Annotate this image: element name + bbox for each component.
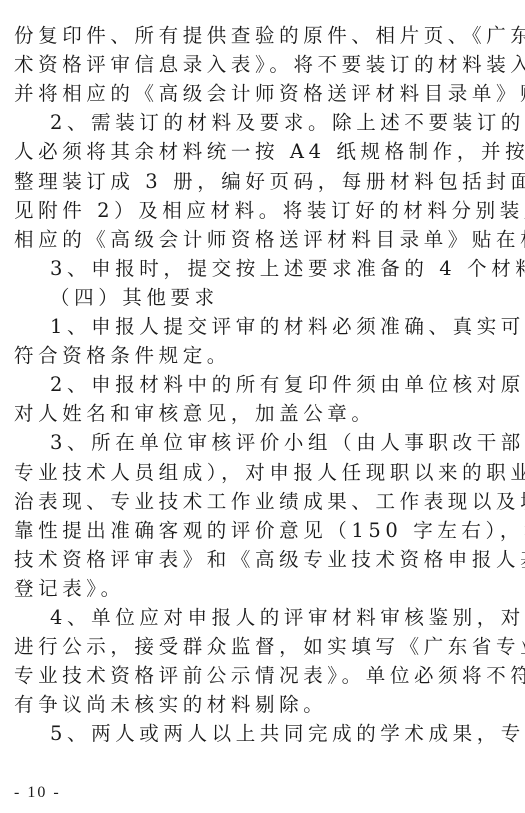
text-line: 4、单位应对申报人的评审材料审核鉴别，对申报评审材料	[50, 603, 510, 632]
text-line: 份复印件、所有提供查验的原件、相片页、《广东省申报专业技	[14, 21, 510, 50]
section-heading: （四）其他要求	[50, 283, 219, 312]
text-line: 2、需装订的材料及要求。除上述不要装订的材料外，申报	[50, 108, 510, 137]
text-line: 有争议尚未核实的材料剔除。	[14, 690, 510, 719]
text-line: 2、申报材料中的所有复印件须由单位核对原件，并签署核	[50, 370, 510, 399]
text-line: 人必须将其余材料统一按 A4 纸规格制作，并按目录顺序，分别	[14, 137, 510, 166]
text-line: 1、申报人提交评审的材料必须准确、真实可靠，数量质量	[50, 312, 510, 341]
page-number: - 10 -	[14, 784, 61, 802]
text-line: 3、所在单位审核评价小组（由人事职改干部、技术主管、	[50, 428, 510, 457]
text-line: 并将相应的《高级会计师资格送评材料目录单》贴在材料袋封面。	[14, 79, 510, 108]
text-line: 符合资格条件规定。	[14, 341, 510, 370]
document-page: 份复印件、所有提供查验的原件、相片页、《广东省申报专业技术资格评审信息录入表》。…	[0, 0, 525, 813]
text-line: 5、两人或两人以上共同完成的学术成果，专业技术项目，	[50, 719, 510, 748]
text-line: 靠性提出准确客观的评价意见（150 字左右），填入《广东省专业	[14, 516, 510, 545]
text-line: 整理装订成 3 册，编好页码，每册材料包括封面、目录（格式参	[14, 167, 510, 196]
text-line: 对人姓名和审核意见，加盖公章。	[14, 399, 510, 428]
text-line: 3、申报时，提交按上述要求准备的 4 个材料袋。	[50, 254, 510, 283]
text-line: 专业技术资格评前公示情况表》。单位必须将不符合条件要求及	[14, 661, 510, 690]
text-line: 相应的《高级会计师资格送评材料目录单》贴在材料袋封面。	[14, 225, 510, 254]
text-line: 专业技术人员组成），对申报人任现职以来的职业道德、思想政	[14, 458, 510, 487]
text-line: 技术资格评审表》和《高级专业技术资格申报人基本情况和评审	[14, 545, 510, 574]
text-line: 登记表》。	[14, 574, 510, 603]
text-line: 治表现、专业技术工作业绩成果、工作表现以及填报材料真实可	[14, 487, 510, 516]
text-line: 见附件 2）及相应材料。将装订好的材料分别装入材料袋，并将	[14, 196, 510, 225]
text-line: 进行公示，接受群众监督，如实填写《广东省专业技术人员申报	[14, 632, 510, 661]
text-line: 术资格评审信息录入表》。将不要装订的材料装入 1 个材料袋，	[14, 50, 510, 79]
